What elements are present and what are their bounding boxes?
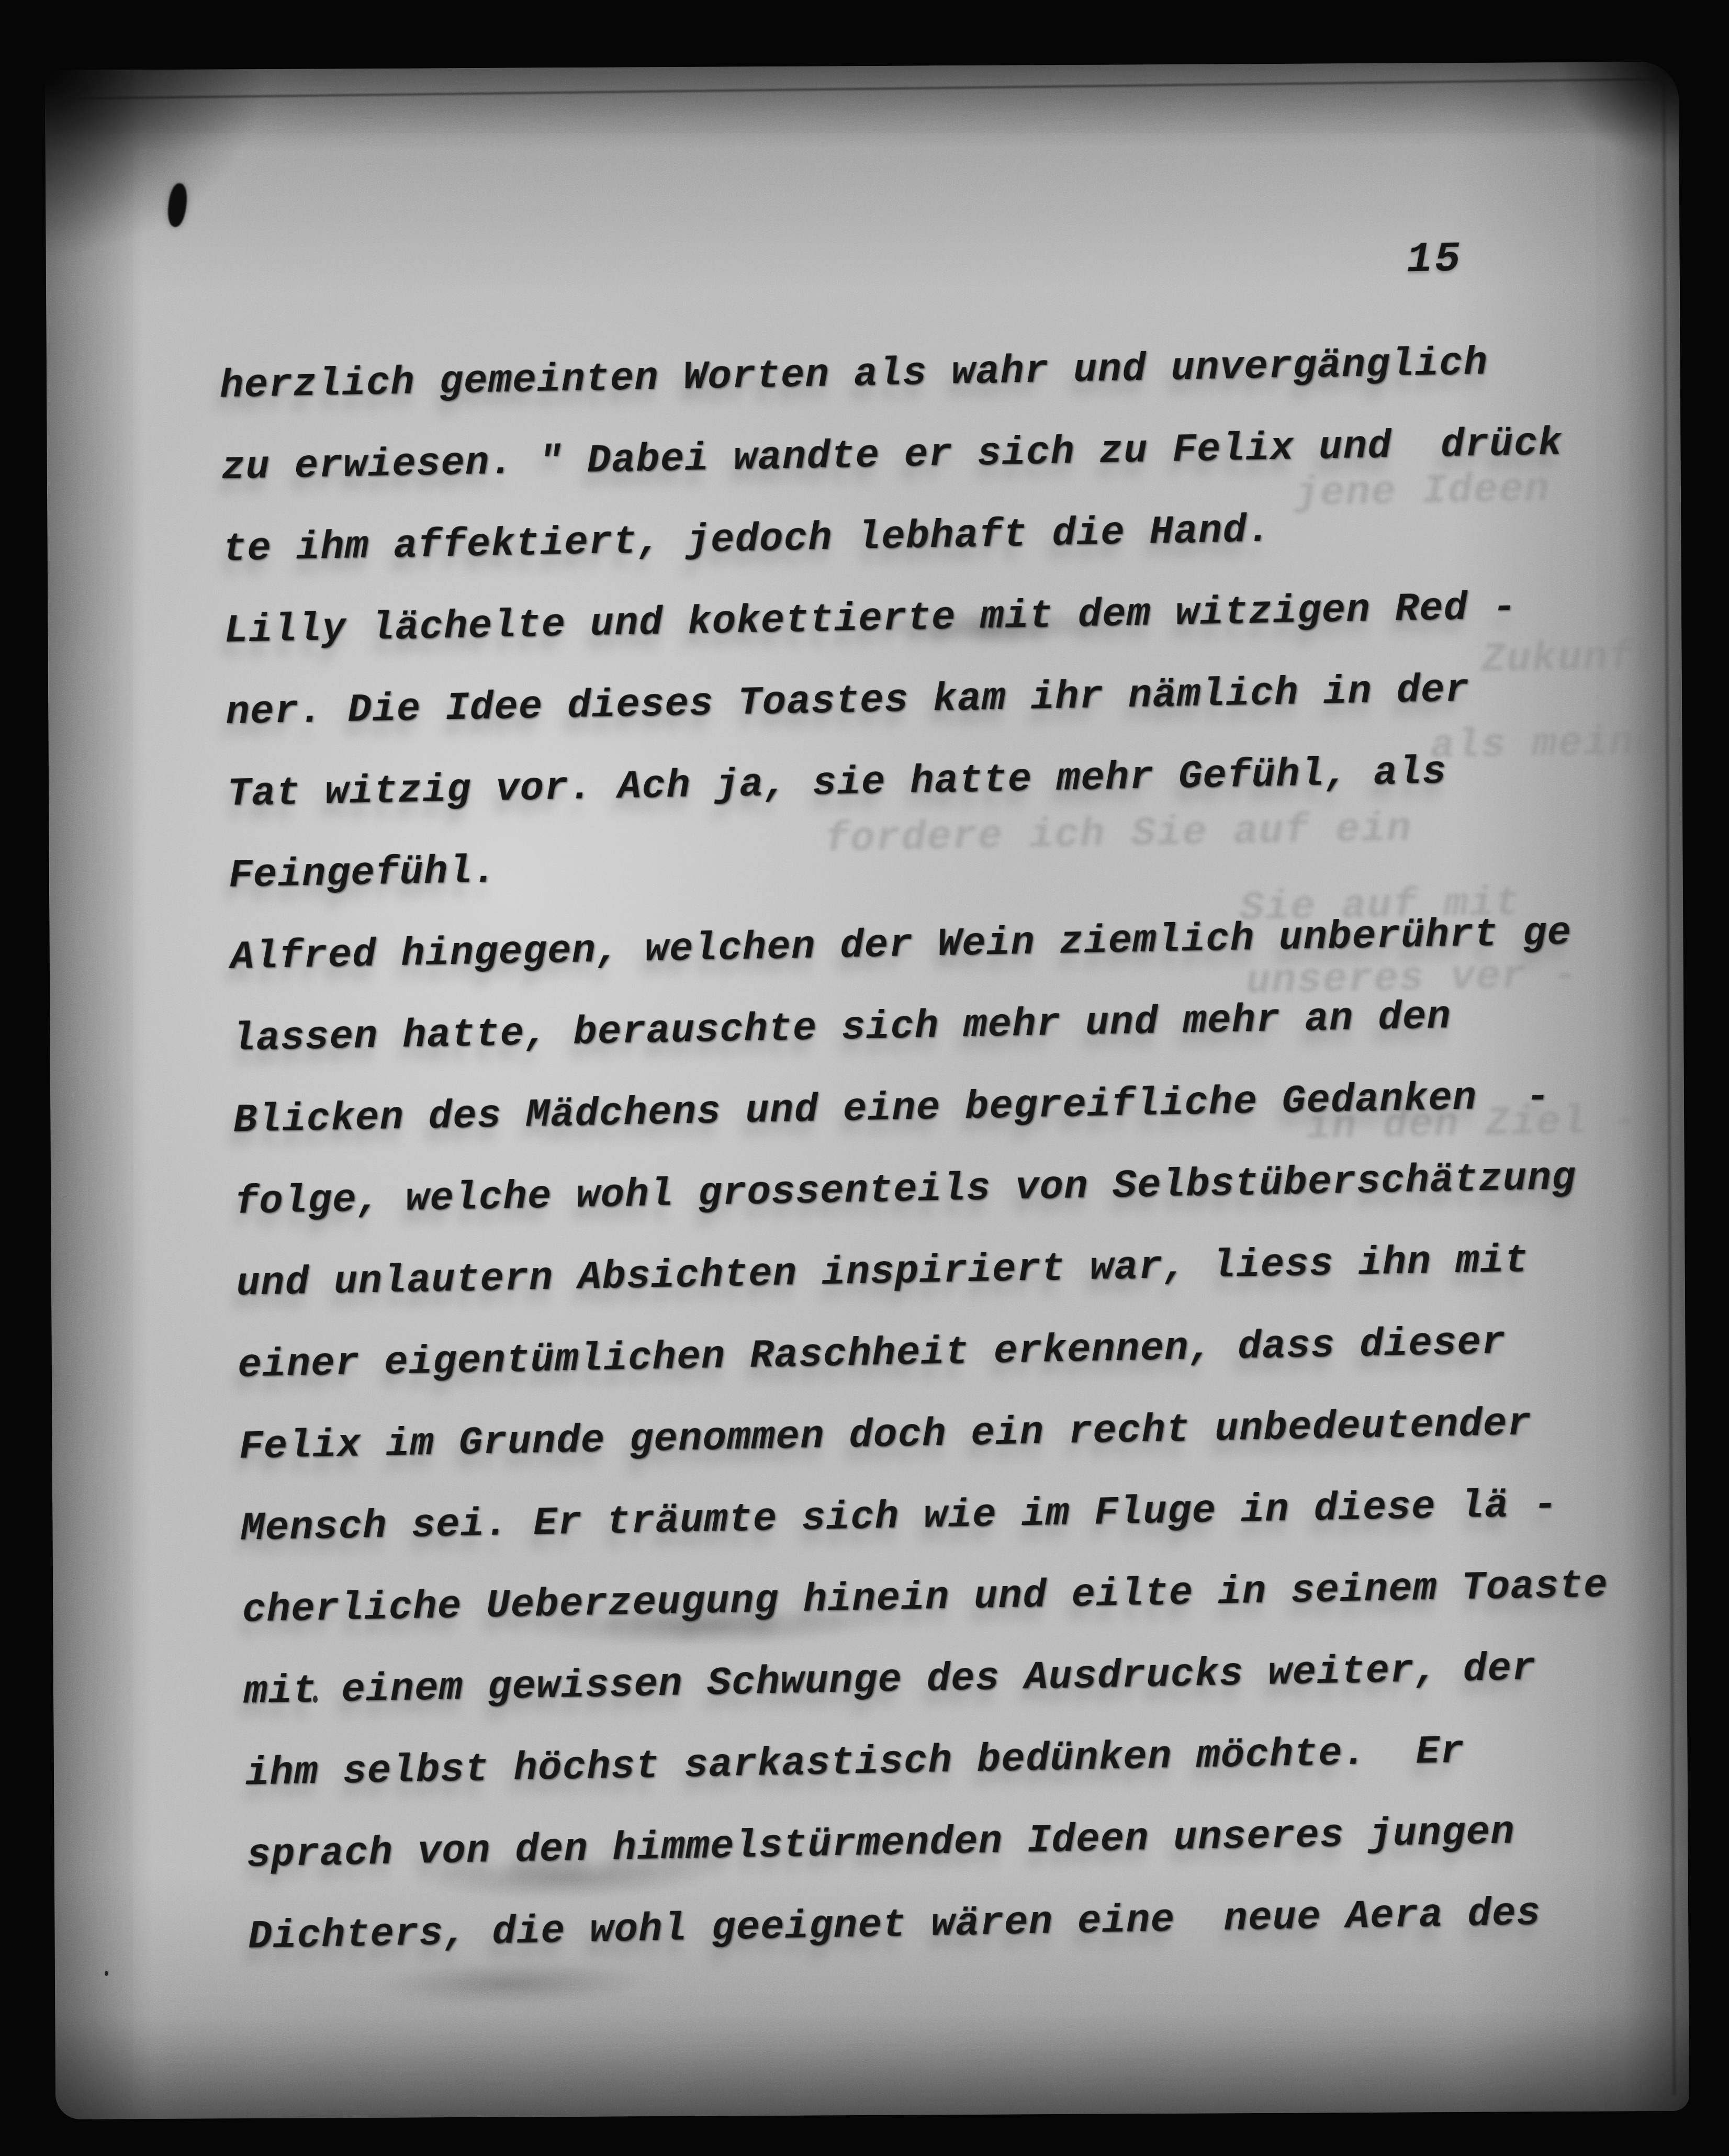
typewritten-text-block: herzlich gemeinten Worten als wahr und u… — [219, 319, 1683, 1978]
scanned-typescript-photo: { "colors": { "paper": "#b4b4b4", "ink":… — [0, 0, 1729, 2156]
typed-content-layer: jene IdeenZukunftals meinefordere ich Si… — [0, 0, 1729, 2156]
page-number: 15 — [1406, 234, 1463, 284]
